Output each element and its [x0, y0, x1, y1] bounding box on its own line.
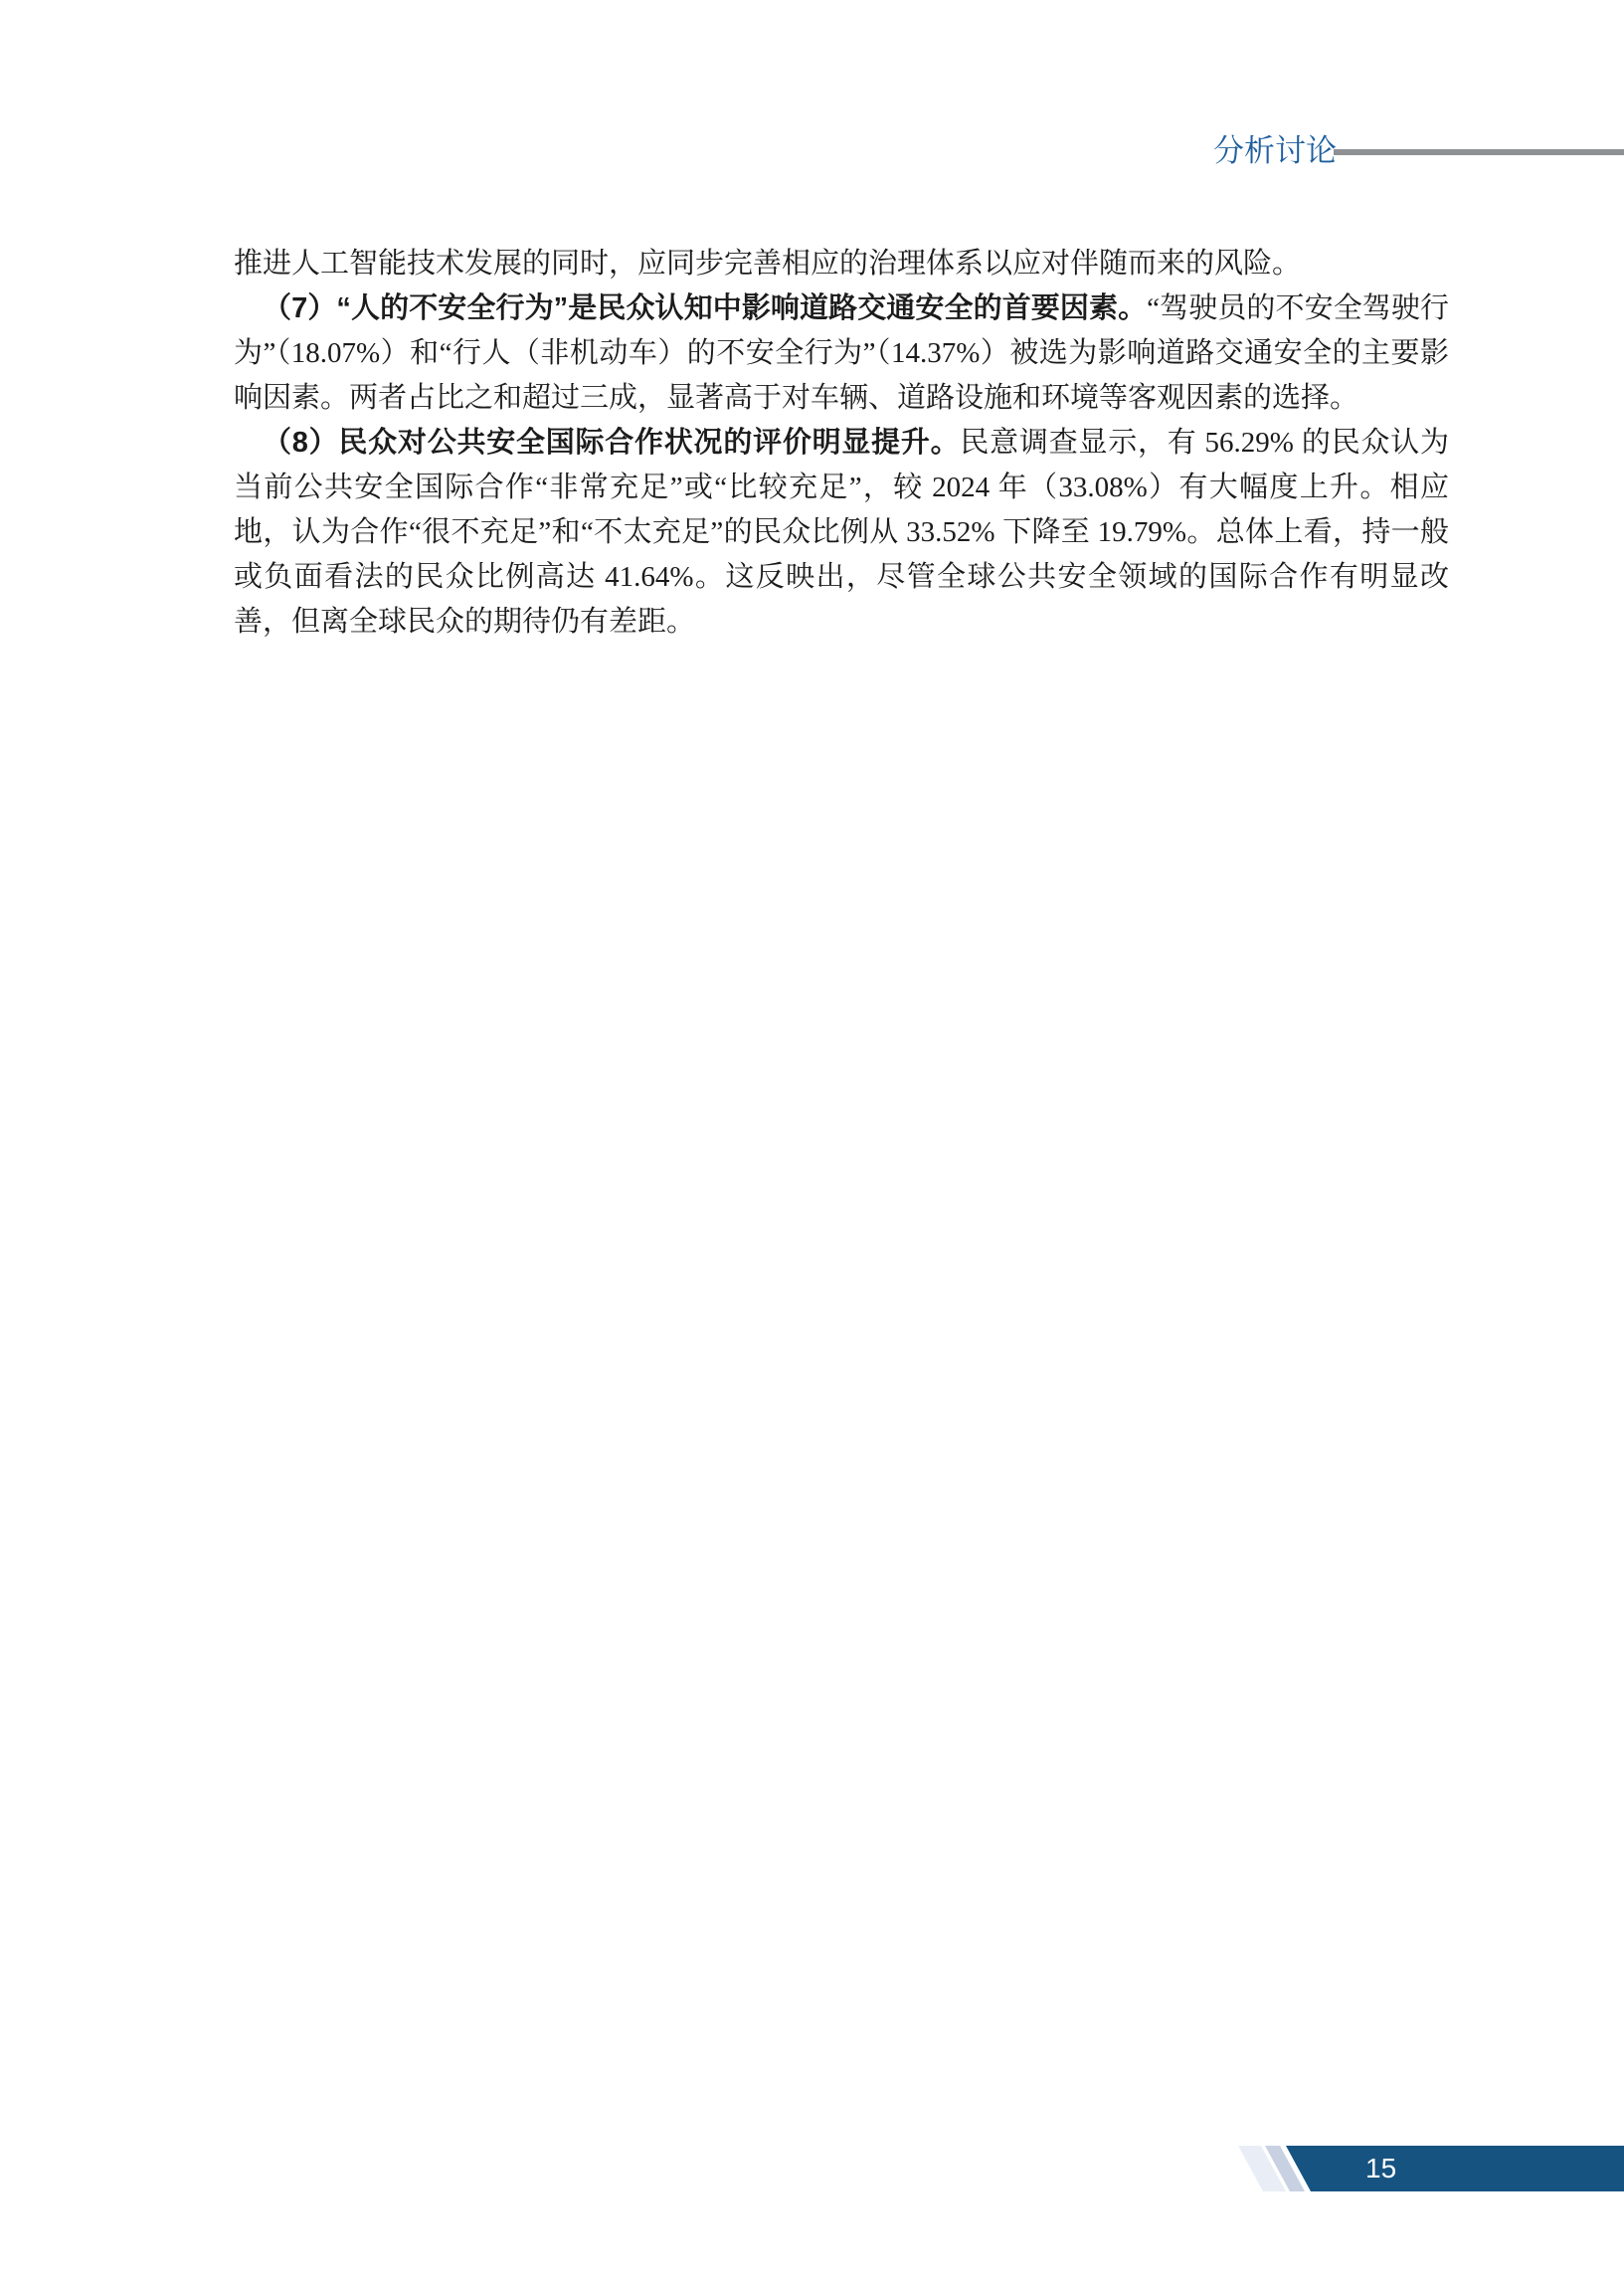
paragraph: （8）民众对公共安全国际合作状况的评价明显提升。民意调查显示，有 56.29% …: [234, 421, 1449, 645]
emphasis-text-run: （8）民众对公共安全国际合作状况的评价明显提升。: [263, 427, 960, 459]
page-number: 15: [1365, 2153, 1396, 2184]
page-footer: 15: [1238, 2146, 1624, 2191]
header-rule: [1334, 149, 1624, 155]
paragraph: （7）“人的不安全行为”是民众认知中影响道路交通安全的首要因素。“驾驶员的不安全…: [234, 286, 1449, 421]
footer-bar: 15: [1286, 2146, 1624, 2191]
emphasis-text-run: （7）“人的不安全行为”是民众认知中影响道路交通安全的首要因素。: [263, 292, 1147, 324]
paragraph: 推进人工智能技术发展的同时，应同步完善相应的治理体系以应对伴随而来的风险。: [234, 242, 1449, 286]
document-page: 分析讨论 推进人工智能技术发展的同时，应同步完善相应的治理体系以应对伴随而来的风…: [0, 0, 1624, 2278]
text-run: 推进人工智能技术发展的同时，应同步完善相应的治理体系以应对伴随而来的风险。: [234, 248, 1301, 280]
body-text: 推进人工智能技术发展的同时，应同步完善相应的治理体系以应对伴随而来的风险。（7）…: [234, 242, 1449, 645]
section-header-title: 分析讨论: [1213, 132, 1337, 170]
